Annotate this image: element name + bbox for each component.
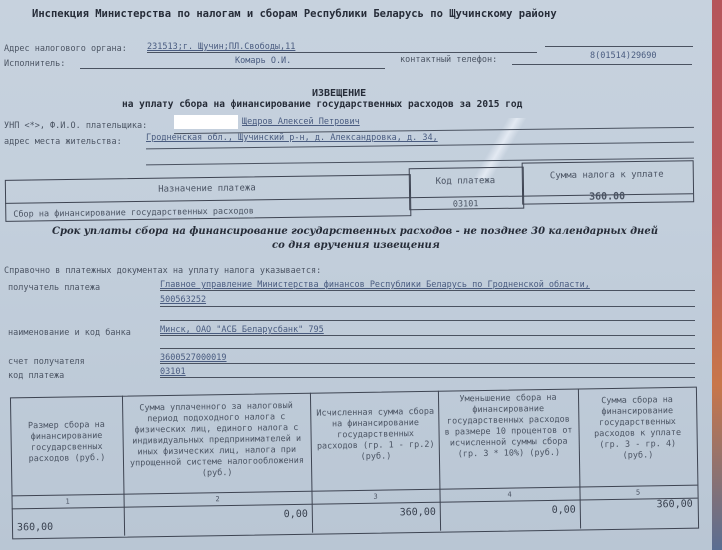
payer-name: Щедров Алексей Петрович (242, 117, 360, 127)
header-code: Код платежа (409, 176, 522, 189)
underline (160, 290, 695, 291)
col-number-5: 5 (579, 487, 696, 500)
reference-intro: Справочно в платежных документах на упла… (4, 266, 321, 276)
recipient-label: получатель платежа (8, 283, 100, 293)
notice-subheading: на уплату сбора на финансирование госуда… (122, 99, 522, 110)
calc-header-5: Сумма сбора на финансирование государств… (582, 395, 693, 463)
underline (160, 377, 695, 378)
phone-value: 8(01514)29690 (590, 51, 657, 61)
deadline-line1: Срок уплаты сбора на финансирование госу… (52, 226, 658, 237)
calc-value-4: 0,00 (440, 505, 576, 518)
address-label: Адрес налогового органа: (4, 44, 127, 54)
underline (160, 363, 695, 364)
calc-header-4: Уменьшение сбора на финансирование госуд… (442, 393, 575, 461)
col-number-4: 4 (439, 488, 579, 501)
underline (545, 46, 693, 47)
underline (147, 52, 537, 53)
residence-label: адрес места жительства: (4, 137, 122, 147)
underline (80, 68, 385, 69)
account-value: 3600527000019 (160, 353, 227, 363)
payment-table: Назначение платежа Код платежа Сумма нал… (5, 160, 700, 222)
underline (160, 335, 695, 336)
deadline-line2: со дня вручения извещения (272, 240, 440, 251)
executor-label: Исполнитель: (4, 59, 65, 69)
code-value: 03101 (160, 367, 186, 377)
underline (160, 348, 695, 349)
header-amount: Сумма налога к уплате (522, 169, 692, 182)
recipient-unp: 500563252 (160, 295, 206, 305)
col-number-3: 3 (311, 491, 439, 504)
redacted-unp (174, 115, 238, 129)
unp-label: УНП <*>, Ф.И.О. плательщика: (4, 121, 147, 131)
authority-title: Инспекция Министерства по налогам и сбор… (32, 8, 557, 20)
executor-value: Комарь О.И. (235, 56, 291, 66)
bank-label: наименование и код банка (8, 328, 131, 338)
row-code: 03101 (409, 199, 522, 212)
calc-header-1: Размер сбора на финансирование государсв… (14, 420, 119, 466)
calc-value-1: 360,00 (17, 522, 53, 534)
underline (512, 64, 692, 65)
notice-heading: ИЗВЕЩЕНИЕ (312, 88, 366, 99)
code-label: код платежа (8, 371, 64, 381)
background-edge (712, 0, 722, 550)
account-label: счет получателя (8, 357, 85, 367)
recipient-value: Главное управление Министерства финансов… (160, 280, 590, 290)
phone-label: контактный телефон: (400, 55, 497, 65)
underline (160, 306, 695, 307)
col-number-1: 1 (12, 496, 124, 509)
calc-value-5: 360,00 (580, 499, 693, 512)
calc-value-3: 360,00 (312, 507, 436, 520)
address-value: 231513;г. Щучин;ПЛ.Свободы,11 (147, 42, 295, 52)
residence-value: Гродненская обл., Щучинский р-н, д. Алек… (146, 133, 438, 143)
bank-value: Минск, ОАО "АСБ Беларусбанк" 795 (160, 325, 324, 335)
calc-header-3: Исчисленная сумма сбора на финансировани… (316, 407, 435, 464)
underline (160, 320, 695, 321)
calc-header-2: Сумма уплаченного за налоговый период по… (126, 401, 307, 481)
calc-table: Размер сбора на финансирование государсв… (10, 381, 702, 542)
